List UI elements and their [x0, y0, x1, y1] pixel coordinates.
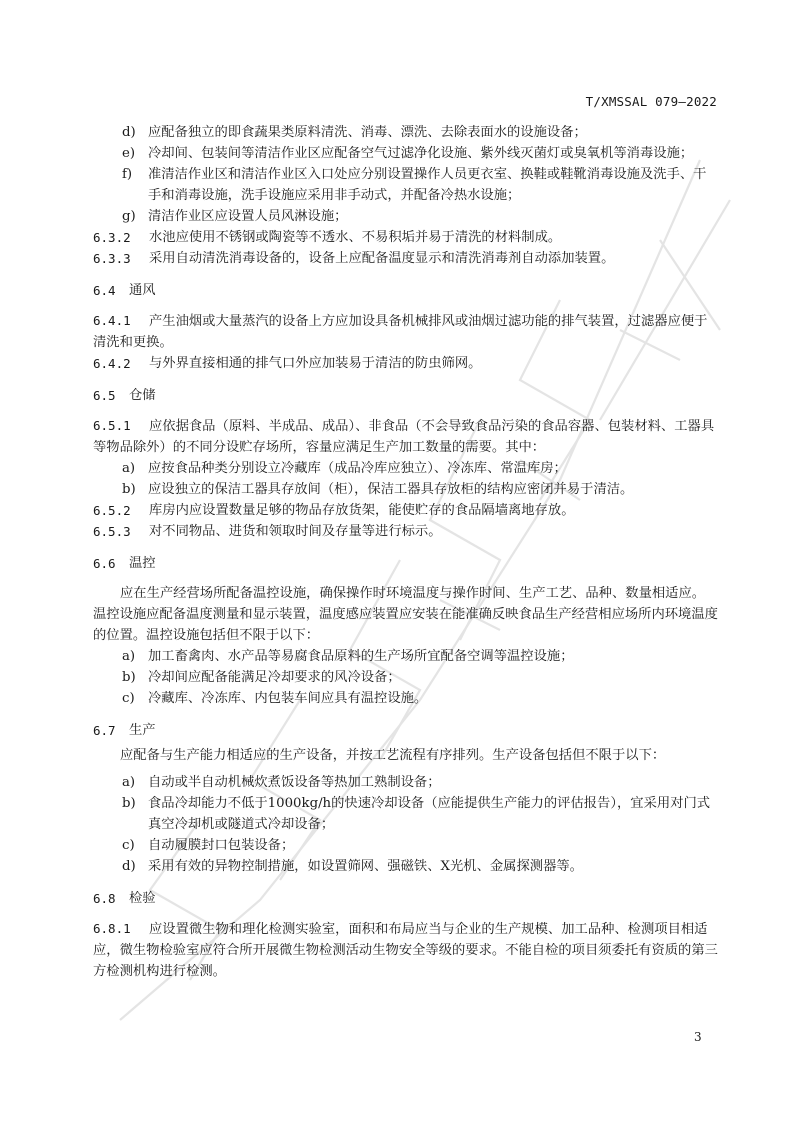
list-item: g) 清洁作业区应设置人员风淋设施； — [93, 206, 718, 227]
clause-6-4-2: 6.4.2 与外界直接相通的排气口外应加装易于清洁的防虫筛网。 — [93, 353, 718, 374]
list-item: b) 应设独立的保洁工器具存放间（柜），保洁工器具存放柜的结构应密闭并易于清洁。 — [93, 479, 718, 500]
clause-6-5-1: 6.5.1应依据食品（原料、半成品、成品）、非食品（不会导致食品污染的食品容器、… — [93, 415, 718, 458]
document-code: T/XMSSAL 079—2022 — [586, 94, 717, 109]
section-heading-6-4: 6.4 通风 — [93, 280, 718, 301]
clause-6-5-3: 6.5.3 对不同物品、进货和领取时间及存量等进行标示。 — [93, 521, 718, 542]
clause-6-3-3: 6.3.3 采用自动清洗消毒设备的，设备上应配备温度显示和清洗消毒剂自动添加装置… — [93, 248, 718, 269]
clause-6-8-1: 6.8.1应设置微生物和理化检测实验室，面积和布局应当与企业的生产规模、加工品种… — [93, 918, 718, 982]
clause-6-5-2: 6.5.2 库房内应设置数量足够的物品存放货架，能使贮存的食品隔墙离地存放。 — [93, 500, 718, 521]
section-heading-6-8: 6.8 检验 — [93, 888, 718, 909]
list-item: d) 应配备独立的即食蔬果类原料清洗、消毒、漂洗、去除表面水的设施设备； — [93, 122, 718, 143]
section-heading-6-7: 6.7 生产 — [93, 720, 718, 741]
list-item: a) 自动或半自动机械炊煮饭设备等热加工熟制设备； — [93, 772, 718, 793]
list-item: e) 冷却间、包装间等清洁作业区应配备空气过滤净化设施、紫外线灭菌灯或臭氧机等消… — [93, 143, 718, 164]
paragraph-6-6: 应在生产经营场所配备温控设施，确保操作时环境温度与操作时间、生产工艺、品种、数量… — [93, 583, 718, 646]
section-heading-6-5: 6.5 仓储 — [93, 385, 718, 406]
list-item: d) 采用有效的异物控制措施，如设置筛网、强磁铁、X光机、金属探测器等。 — [93, 856, 718, 877]
list-item: b) 食品冷却能力不低于1000kg/h的快速冷却设备（应能提供生产能力的评估报… — [93, 793, 718, 835]
list-item: c) 冷藏库、冷冻库、内包装车间应具有温控设施。 — [93, 688, 718, 709]
list-item: a) 加工畜禽肉、水产品等易腐食品原料的生产场所宜配备空调等温控设施； — [93, 646, 718, 667]
section-heading-6-6: 6.6 温控 — [93, 553, 718, 574]
paragraph-6-7: 应配备与生产能力相适应的生产设备，并按工艺流程有序排列。生产设备包括但不限于以下… — [93, 745, 718, 766]
list-item: c) 自动履膜封口包装设备； — [93, 835, 718, 856]
clause-6-4-1: 6.4.1产生油烟或大量蒸汽的设备上方应加设具备机械排风或油烟过滤功能的排气装置… — [93, 310, 718, 353]
document-body: d) 应配备独立的即食蔬果类原料清洗、消毒、漂洗、去除表面水的设施设备； e) … — [93, 122, 718, 982]
list-item: a) 应按食品种类分别设立冷藏库（成品冷库应独立）、冷冻库、常温库房； — [93, 458, 718, 479]
list-item: f) 准清洁作业区和清洁作业区入口处应分别设置操作人员更衣室、换鞋或鞋靴消毒设施… — [93, 164, 718, 206]
clause-6-3-2: 6.3.2 水池应使用不锈钢或陶瓷等不透水、不易积垢并易于清洗的材料制成。 — [93, 227, 718, 248]
document-page: T/XMSSAL 079—2022 d) 应配备独立的即食蔬果类原料清洗、消毒、… — [0, 0, 793, 1122]
list-item: b) 冷却间应配备能满足冷却要求的风冷设备； — [93, 667, 718, 688]
page-number: 3 — [694, 1030, 702, 1044]
